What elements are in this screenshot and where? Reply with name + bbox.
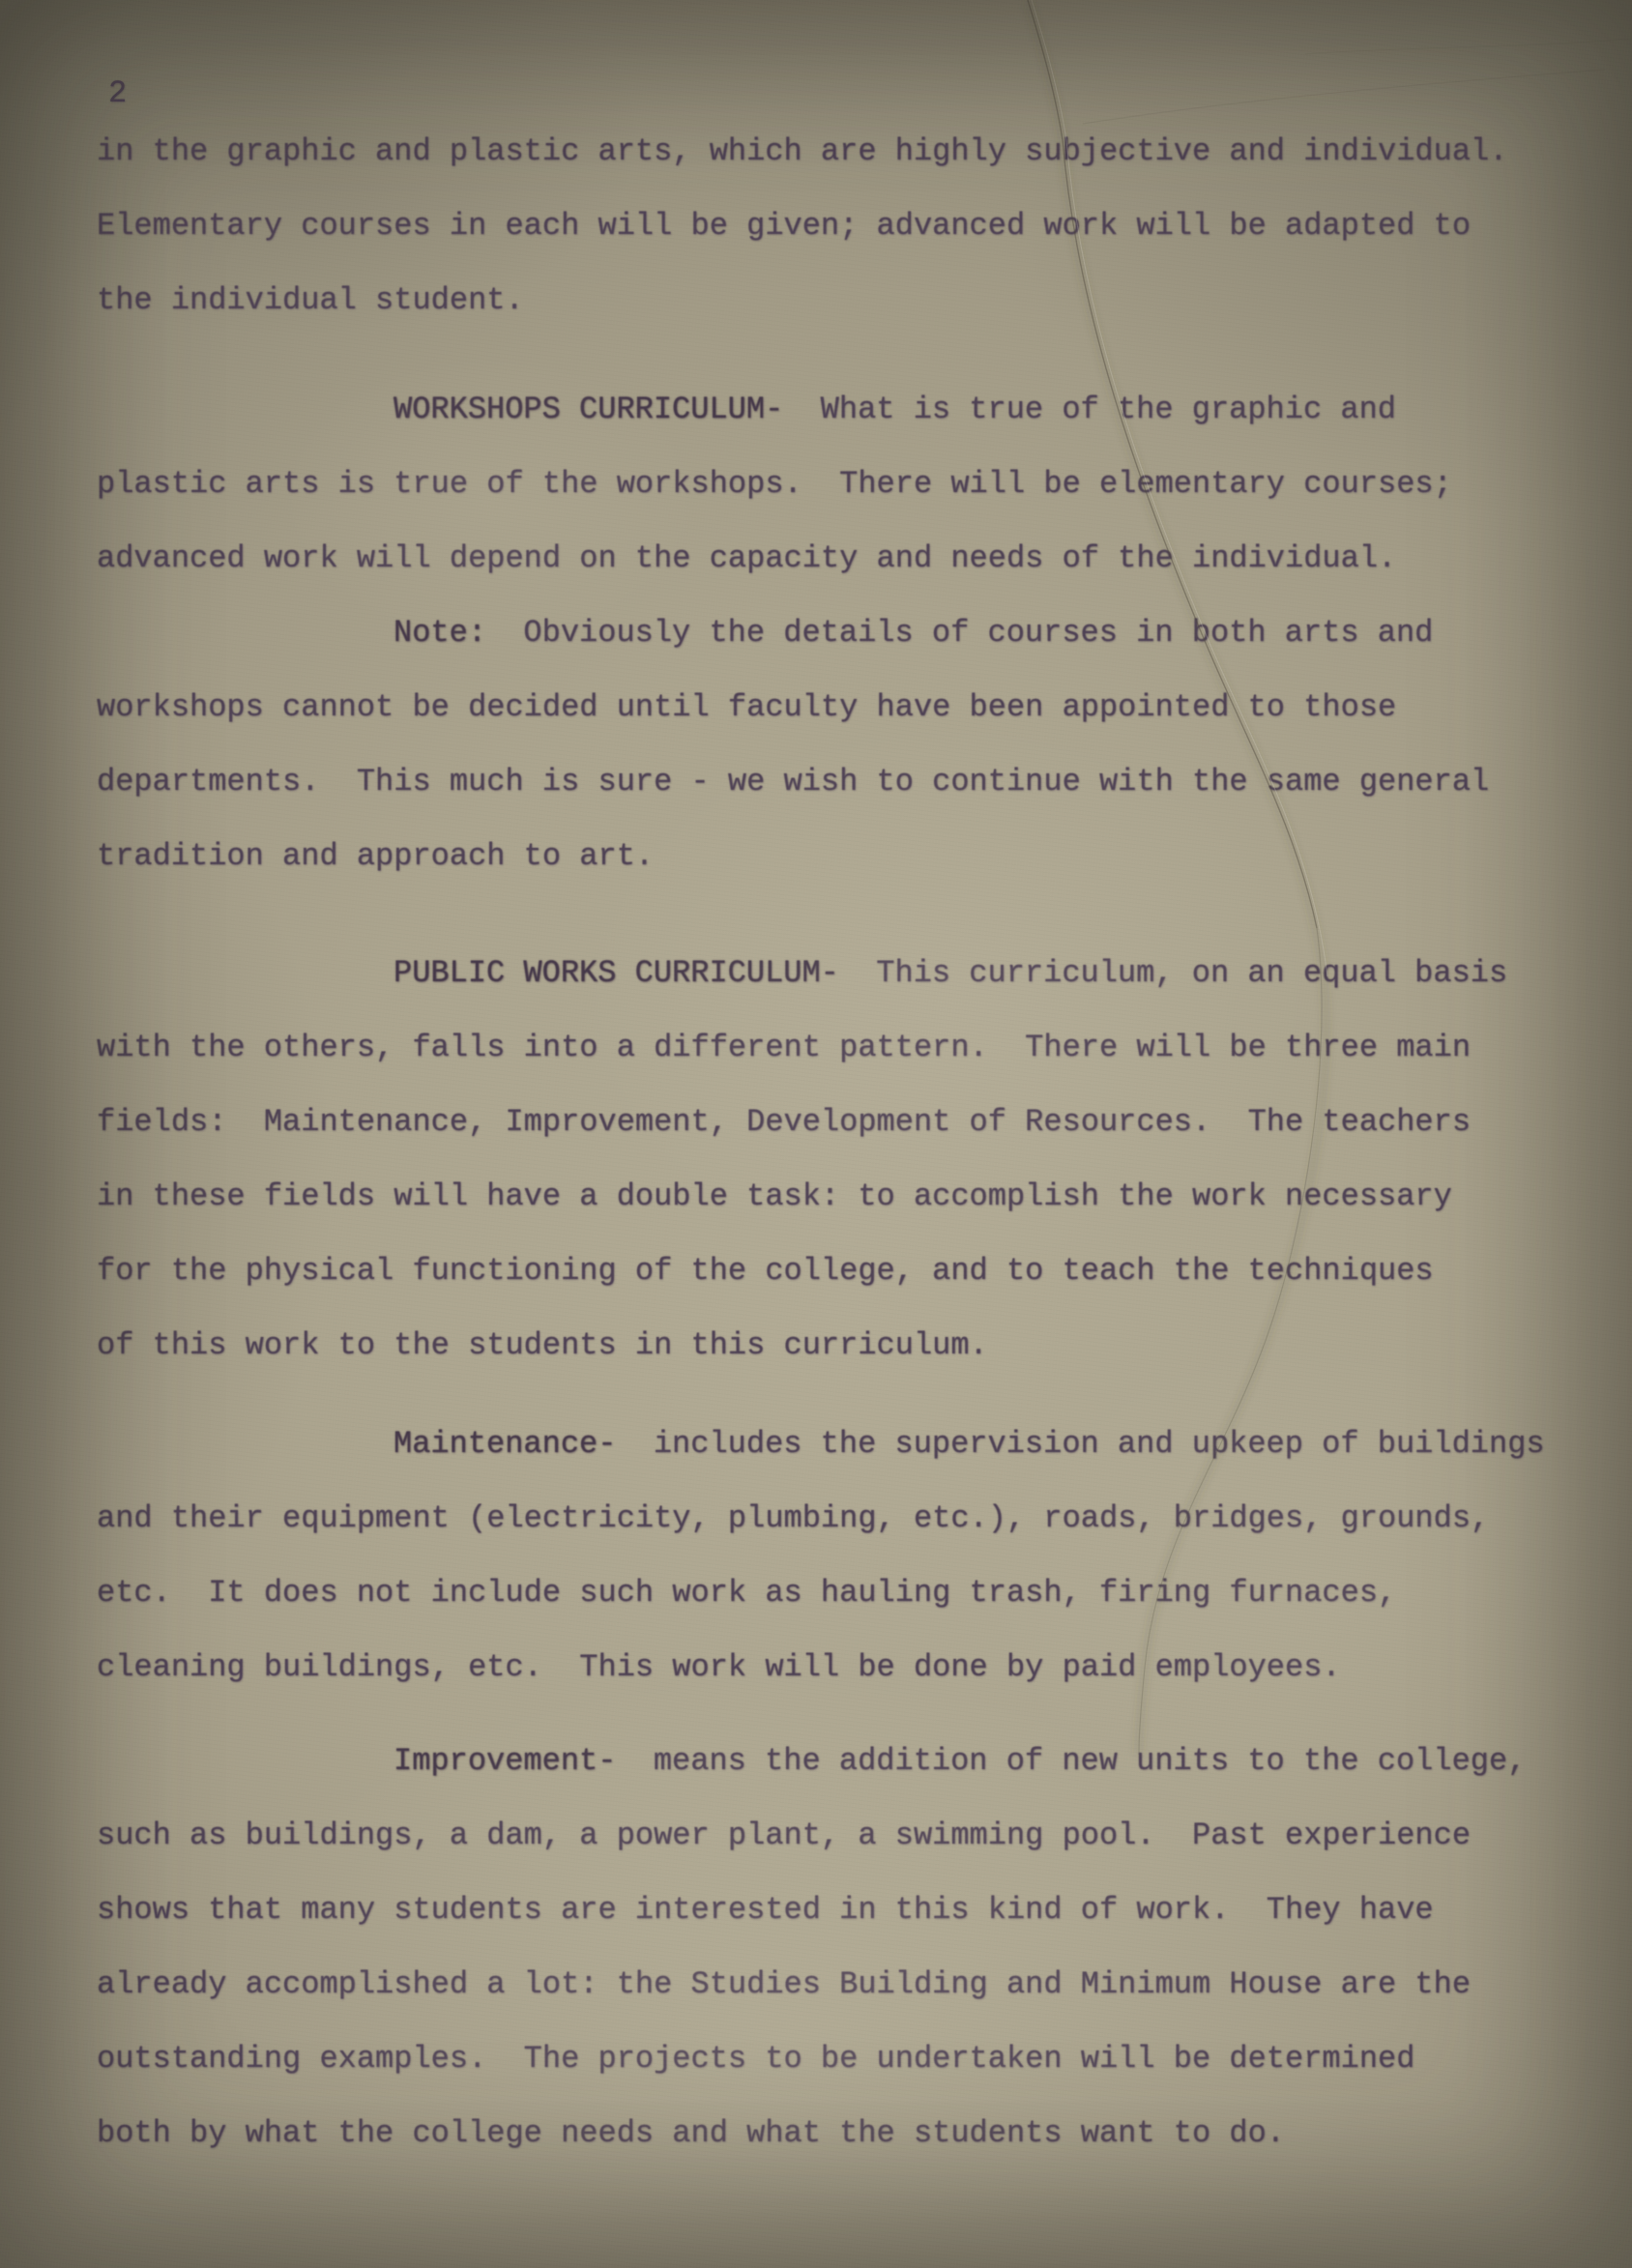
text-line: outstanding examples. The projects to be… (97, 2021, 1566, 2096)
text-line: in the graphic and plastic arts, which a… (97, 114, 1566, 189)
text-line: such as buildings, a dam, a power plant,… (97, 1798, 1566, 1873)
text-line: advanced work will depend on the capacit… (97, 521, 1566, 596)
text-line: in these fields will have a double task:… (97, 1159, 1566, 1234)
paragraph-first-line-text: means the addition of new units to the c… (616, 1743, 1526, 1779)
text-line: PUBLIC WORKS CURRICULUM- This curriculum… (97, 936, 1566, 1010)
text-line: tradition and approach to art. (97, 819, 1566, 893)
text-line: WORKSHOPS CURRICULUM- What is true of th… (97, 372, 1566, 447)
text-line: with the others, falls into a different … (97, 1010, 1566, 1085)
paragraph-first-line-text: What is true of the graphic and (783, 392, 1396, 427)
paragraph: Maintenance- includes the supervision an… (97, 1407, 1566, 1704)
text-line: Improvement- means the addition of new u… (97, 1724, 1566, 1798)
text-line: workshops cannot be decided until facult… (97, 670, 1566, 744)
paragraph: PUBLIC WORKS CURRICULUM- This curriculum… (97, 936, 1566, 1382)
text-line: already accomplished a lot: the Studies … (97, 1947, 1566, 2021)
text-line: and their equipment (electricity, plumbi… (97, 1481, 1566, 1556)
text-line: of this work to the students in this cur… (97, 1308, 1566, 1382)
document-photo: 2 in the graphic and plastic arts, which… (0, 0, 1632, 2268)
text-line: fields: Maintenance, Improvement, Develo… (97, 1085, 1566, 1159)
paragraph-heading: Note: (393, 615, 486, 651)
paragraph: in the graphic and plastic arts, which a… (97, 114, 1566, 337)
paragraph-heading: Improvement- (393, 1743, 616, 1779)
paragraph-first-line-text: Obviously the details of courses in both… (486, 615, 1433, 651)
paragraph-heading: Maintenance- (393, 1426, 616, 1462)
text-line: Maintenance- includes the supervision an… (97, 1407, 1566, 1481)
paragraph-first-line-text: includes the supervision and upkeep of b… (616, 1426, 1544, 1462)
text-line: plastic arts is true of the workshops. T… (97, 447, 1566, 521)
typewritten-text: in the graphic and plastic arts, which a… (97, 114, 1566, 2170)
paragraph-first-line-text: This curriculum, on an equal basis (839, 955, 1507, 991)
text-line: Elementary courses in each will be given… (97, 189, 1566, 263)
text-line: the individual student. (97, 263, 1566, 337)
paragraph: Improvement- means the addition of new u… (97, 1724, 1566, 2170)
text-line: both by what the college needs and what … (97, 2096, 1566, 2170)
paragraph-heading: WORKSHOPS CURRICULUM- (393, 392, 783, 427)
text-line: for the physical functioning of the coll… (97, 1234, 1566, 1308)
text-line: etc. It does not include such work as ha… (97, 1556, 1566, 1630)
paragraph: WORKSHOPS CURRICULUM- What is true of th… (97, 372, 1566, 596)
text-line: cleaning buildings, etc. This work will … (97, 1630, 1566, 1704)
text-line: departments. This much is sure - we wish… (97, 744, 1566, 819)
text-line: Note: Obviously the details of courses i… (97, 596, 1566, 670)
text-line: shows that many students are interested … (97, 1873, 1566, 1947)
paragraph: Note: Obviously the details of courses i… (97, 596, 1566, 893)
paragraph-heading: PUBLIC WORKS CURRICULUM- (393, 955, 839, 991)
